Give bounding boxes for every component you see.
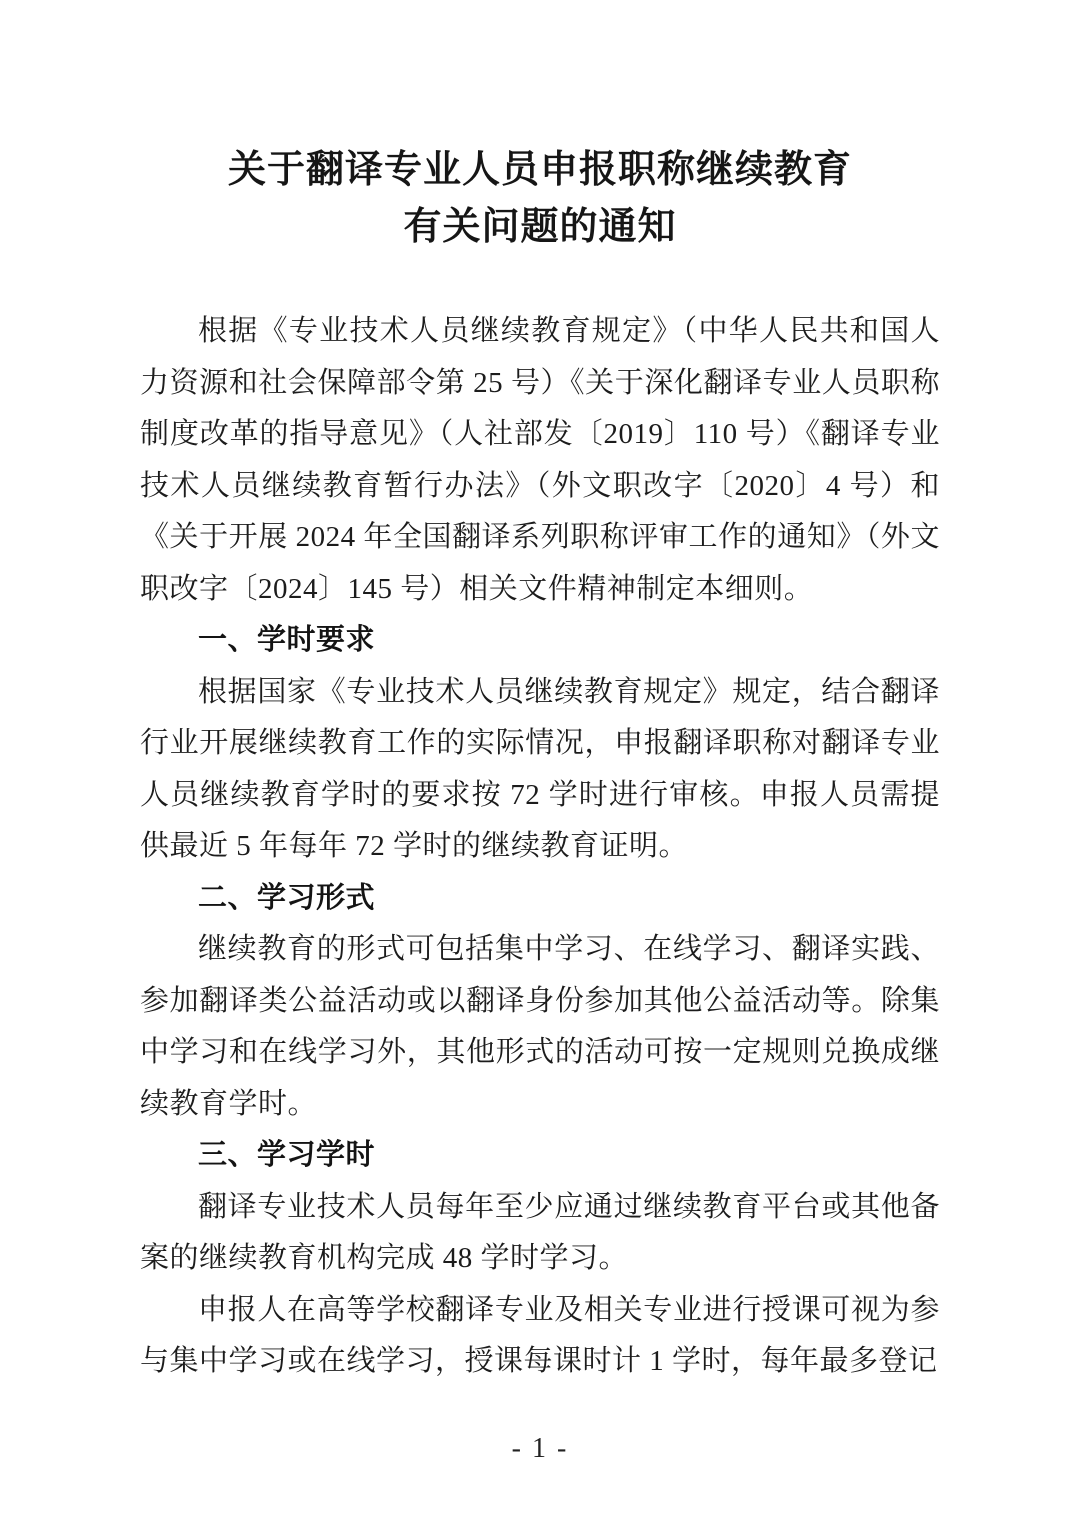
section-1-paragraph: 根据国家《专业技术人员继续教育规定》规定，结合翻译行业开展继续教育工作的实际情况…: [140, 667, 940, 873]
document-title-line-1: 关于翻译专业人员申报职称继续教育: [228, 149, 852, 191]
intro-paragraph: 根据《专业技术人员继续教育规定》（中华人民共和国人力资源和社会保障部令第 25 …: [140, 306, 940, 615]
section-heading-study-formats: 二、学习形式: [140, 873, 940, 925]
document-title: 关于翻译专业人员申报职称继续教育 有关问题的通知: [140, 142, 940, 256]
section-2-paragraph: 继续教育的形式可包括集中学习、在线学习、翻译实践、参加翻译类公益活动或以翻译身份…: [140, 924, 940, 1130]
page-number: - 1 -: [0, 1433, 1080, 1465]
section-heading-study-hours: 三、学习学时: [140, 1130, 940, 1182]
document-content: 关于翻译专业人员申报职称继续教育 有关问题的通知 根据《专业技术人员继续教育规定…: [0, 142, 1080, 1388]
section-3-paragraph-1: 翻译专业技术人员每年至少应通过继续教育平台或其他备案的继续教育机构完成 48 学…: [140, 1182, 940, 1285]
document-page: 关于翻译专业人员申报职称继续教育 有关问题的通知 根据《专业技术人员继续教育规定…: [0, 0, 1080, 1527]
section-3-paragraph-2: 申报人在高等学校翻译专业及相关专业进行授课可视为参与集中学习或在线学习，授课每课…: [140, 1285, 940, 1388]
section-heading-study-hour-requirements: 一、学时要求: [140, 615, 940, 667]
document-title-line-2: 有关问题的通知: [403, 206, 676, 248]
